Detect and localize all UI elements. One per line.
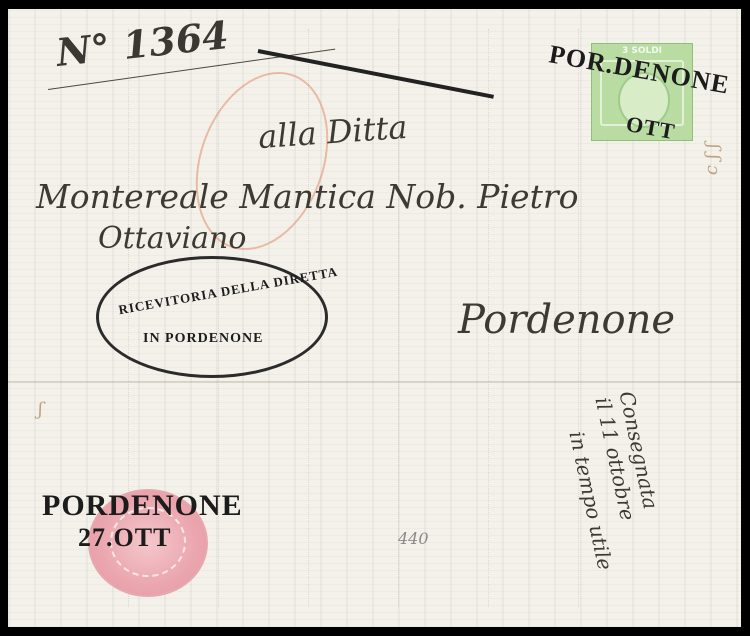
address-line-2: Montereale Mantica Nob. Pietro — [36, 177, 578, 216]
show-through-writing: ʃ ʃ ɔ — [703, 144, 724, 175]
postmark-bottom-line1: PORDENONE — [42, 489, 243, 523]
oval-postmark: RICEVITORIA DELLA DIRETTA IN PORDENONE — [96, 256, 328, 378]
show-through-writing: ʃ — [38, 399, 43, 420]
pencil-note: 440 — [398, 529, 429, 548]
oval-postmark-top: RICEVITORIA DELLA DIRETTA — [117, 264, 339, 318]
address-city: Pordenone — [458, 297, 675, 343]
registration-number: N° 1364 — [54, 12, 230, 75]
paper-fold — [8, 381, 741, 383]
oval-postmark-bottom: IN PORDENONE — [143, 331, 264, 347]
postal-cover: N° 1364 alla Ditta Montereale Mantica No… — [8, 9, 741, 627]
postmark-bottom-line2: 27.OTT — [78, 523, 171, 553]
address-line-3: Ottaviano — [98, 221, 246, 256]
